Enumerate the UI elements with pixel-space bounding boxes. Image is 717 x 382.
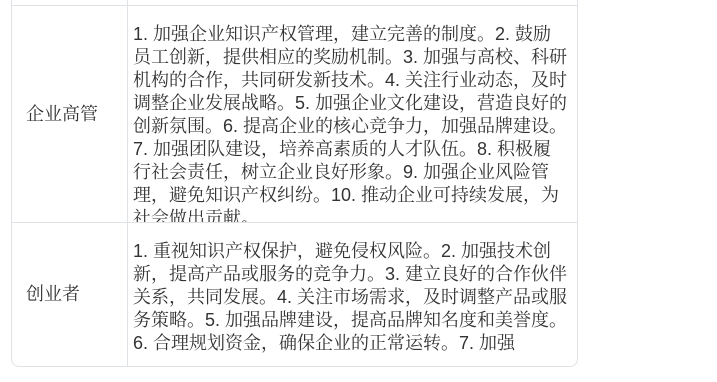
suggestions-cell: 1. 重视知识产权保护，避免侵权风险。2. 加强技术创新，提高产品或服务的竞争力… <box>128 223 577 366</box>
role-cell: 创业者 <box>12 223 128 366</box>
suggestions-cell: 1. 加强企业知识产权管理，建立完善的制度。2. 鼓励员工创新，提供相应的奖励机… <box>128 6 577 222</box>
table-row: 企业高管 1. 加强企业知识产权管理，建立完善的制度。2. 鼓励员工创新，提供相… <box>12 6 577 223</box>
table-row: 创业者 1. 重视知识产权保护，避免侵权风险。2. 加强技术创新，提高产品或服务… <box>12 223 577 366</box>
role-cell: 企业高管 <box>12 6 128 222</box>
roles-suggestions-table: 企业高管 1. 加强企业知识产权管理，建立完善的制度。2. 鼓励员工创新，提供相… <box>11 0 578 367</box>
role-cell <box>12 0 128 5</box>
